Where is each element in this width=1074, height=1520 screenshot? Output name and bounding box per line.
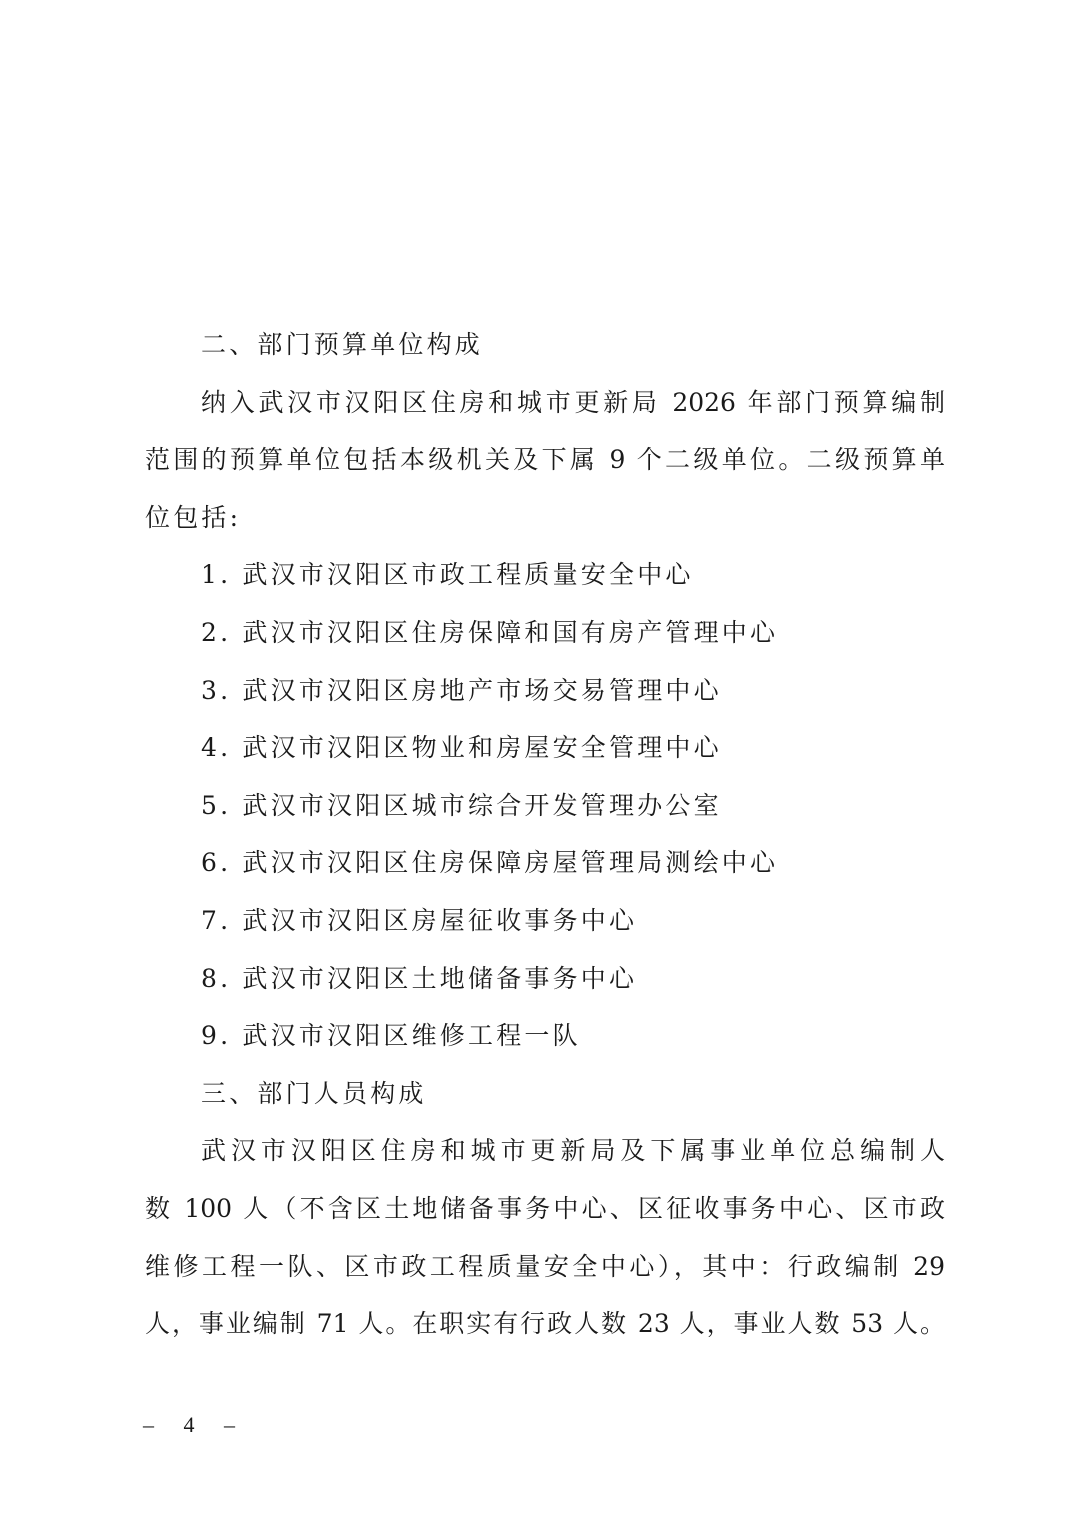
paragraph-line: 范围的预算单位包括本级机关及下属 9 个二级单位。二级预算单 (145, 431, 945, 489)
paragraph-line: 武汉市汉阳区住房和城市更新局及下属事业单位总编制人 (145, 1122, 945, 1180)
unit-list-item: 9. 武汉市汉阳区维修工程一队 (145, 1007, 945, 1065)
document-body: 二、部门预算单位构成 纳入武汉市汉阳区住房和城市更新局 2026 年部门预算编制… (145, 316, 945, 1353)
paragraph-line: 位包括: (145, 489, 945, 547)
paragraph-line: 数 100 人（不含区土地储备事务中心、区征收事务中心、区市政 (145, 1180, 945, 1238)
paragraph-line: 维修工程一队、区市政工程质量安全中心），其中：行政编制 29 (145, 1238, 945, 1296)
unit-list-item: 5. 武汉市汉阳区城市综合开发管理办公室 (145, 777, 945, 835)
page-number: – 4 – (143, 1412, 247, 1438)
unit-list-item: 7. 武汉市汉阳区房屋征收事务中心 (145, 892, 945, 950)
paragraph-line: 纳入武汉市汉阳区住房和城市更新局 2026 年部门预算编制 (145, 374, 945, 432)
unit-list-item: 2. 武汉市汉阳区住房保障和国有房产管理中心 (145, 604, 945, 662)
unit-list-item: 3. 武汉市汉阳区房地产市场交易管理中心 (145, 662, 945, 720)
unit-list-item: 4. 武汉市汉阳区物业和房屋安全管理中心 (145, 719, 945, 777)
unit-list: 1. 武汉市汉阳区市政工程质量安全中心 2. 武汉市汉阳区住房保障和国有房产管理… (145, 546, 945, 1064)
unit-list-item: 1. 武汉市汉阳区市政工程质量安全中心 (145, 546, 945, 604)
paragraph-budget-scope: 纳入武汉市汉阳区住房和城市更新局 2026 年部门预算编制 范围的预算单位包括本… (145, 374, 945, 547)
unit-list-item: 6. 武汉市汉阳区住房保障房屋管理局测绘中心 (145, 834, 945, 892)
section-heading-staff-composition: 三、部门人员构成 (145, 1065, 945, 1123)
paragraph-line: 人，事业编制 71 人。在职实有行政人数 23 人，事业人数 53 人。 (145, 1295, 945, 1353)
document-page: 二、部门预算单位构成 纳入武汉市汉阳区住房和城市更新局 2026 年部门预算编制… (0, 0, 1074, 1520)
unit-list-item: 8. 武汉市汉阳区土地储备事务中心 (145, 950, 945, 1008)
paragraph-staff-counts: 武汉市汉阳区住房和城市更新局及下属事业单位总编制人 数 100 人（不含区土地储… (145, 1122, 945, 1352)
section-heading-budget-units: 二、部门预算单位构成 (145, 316, 945, 374)
